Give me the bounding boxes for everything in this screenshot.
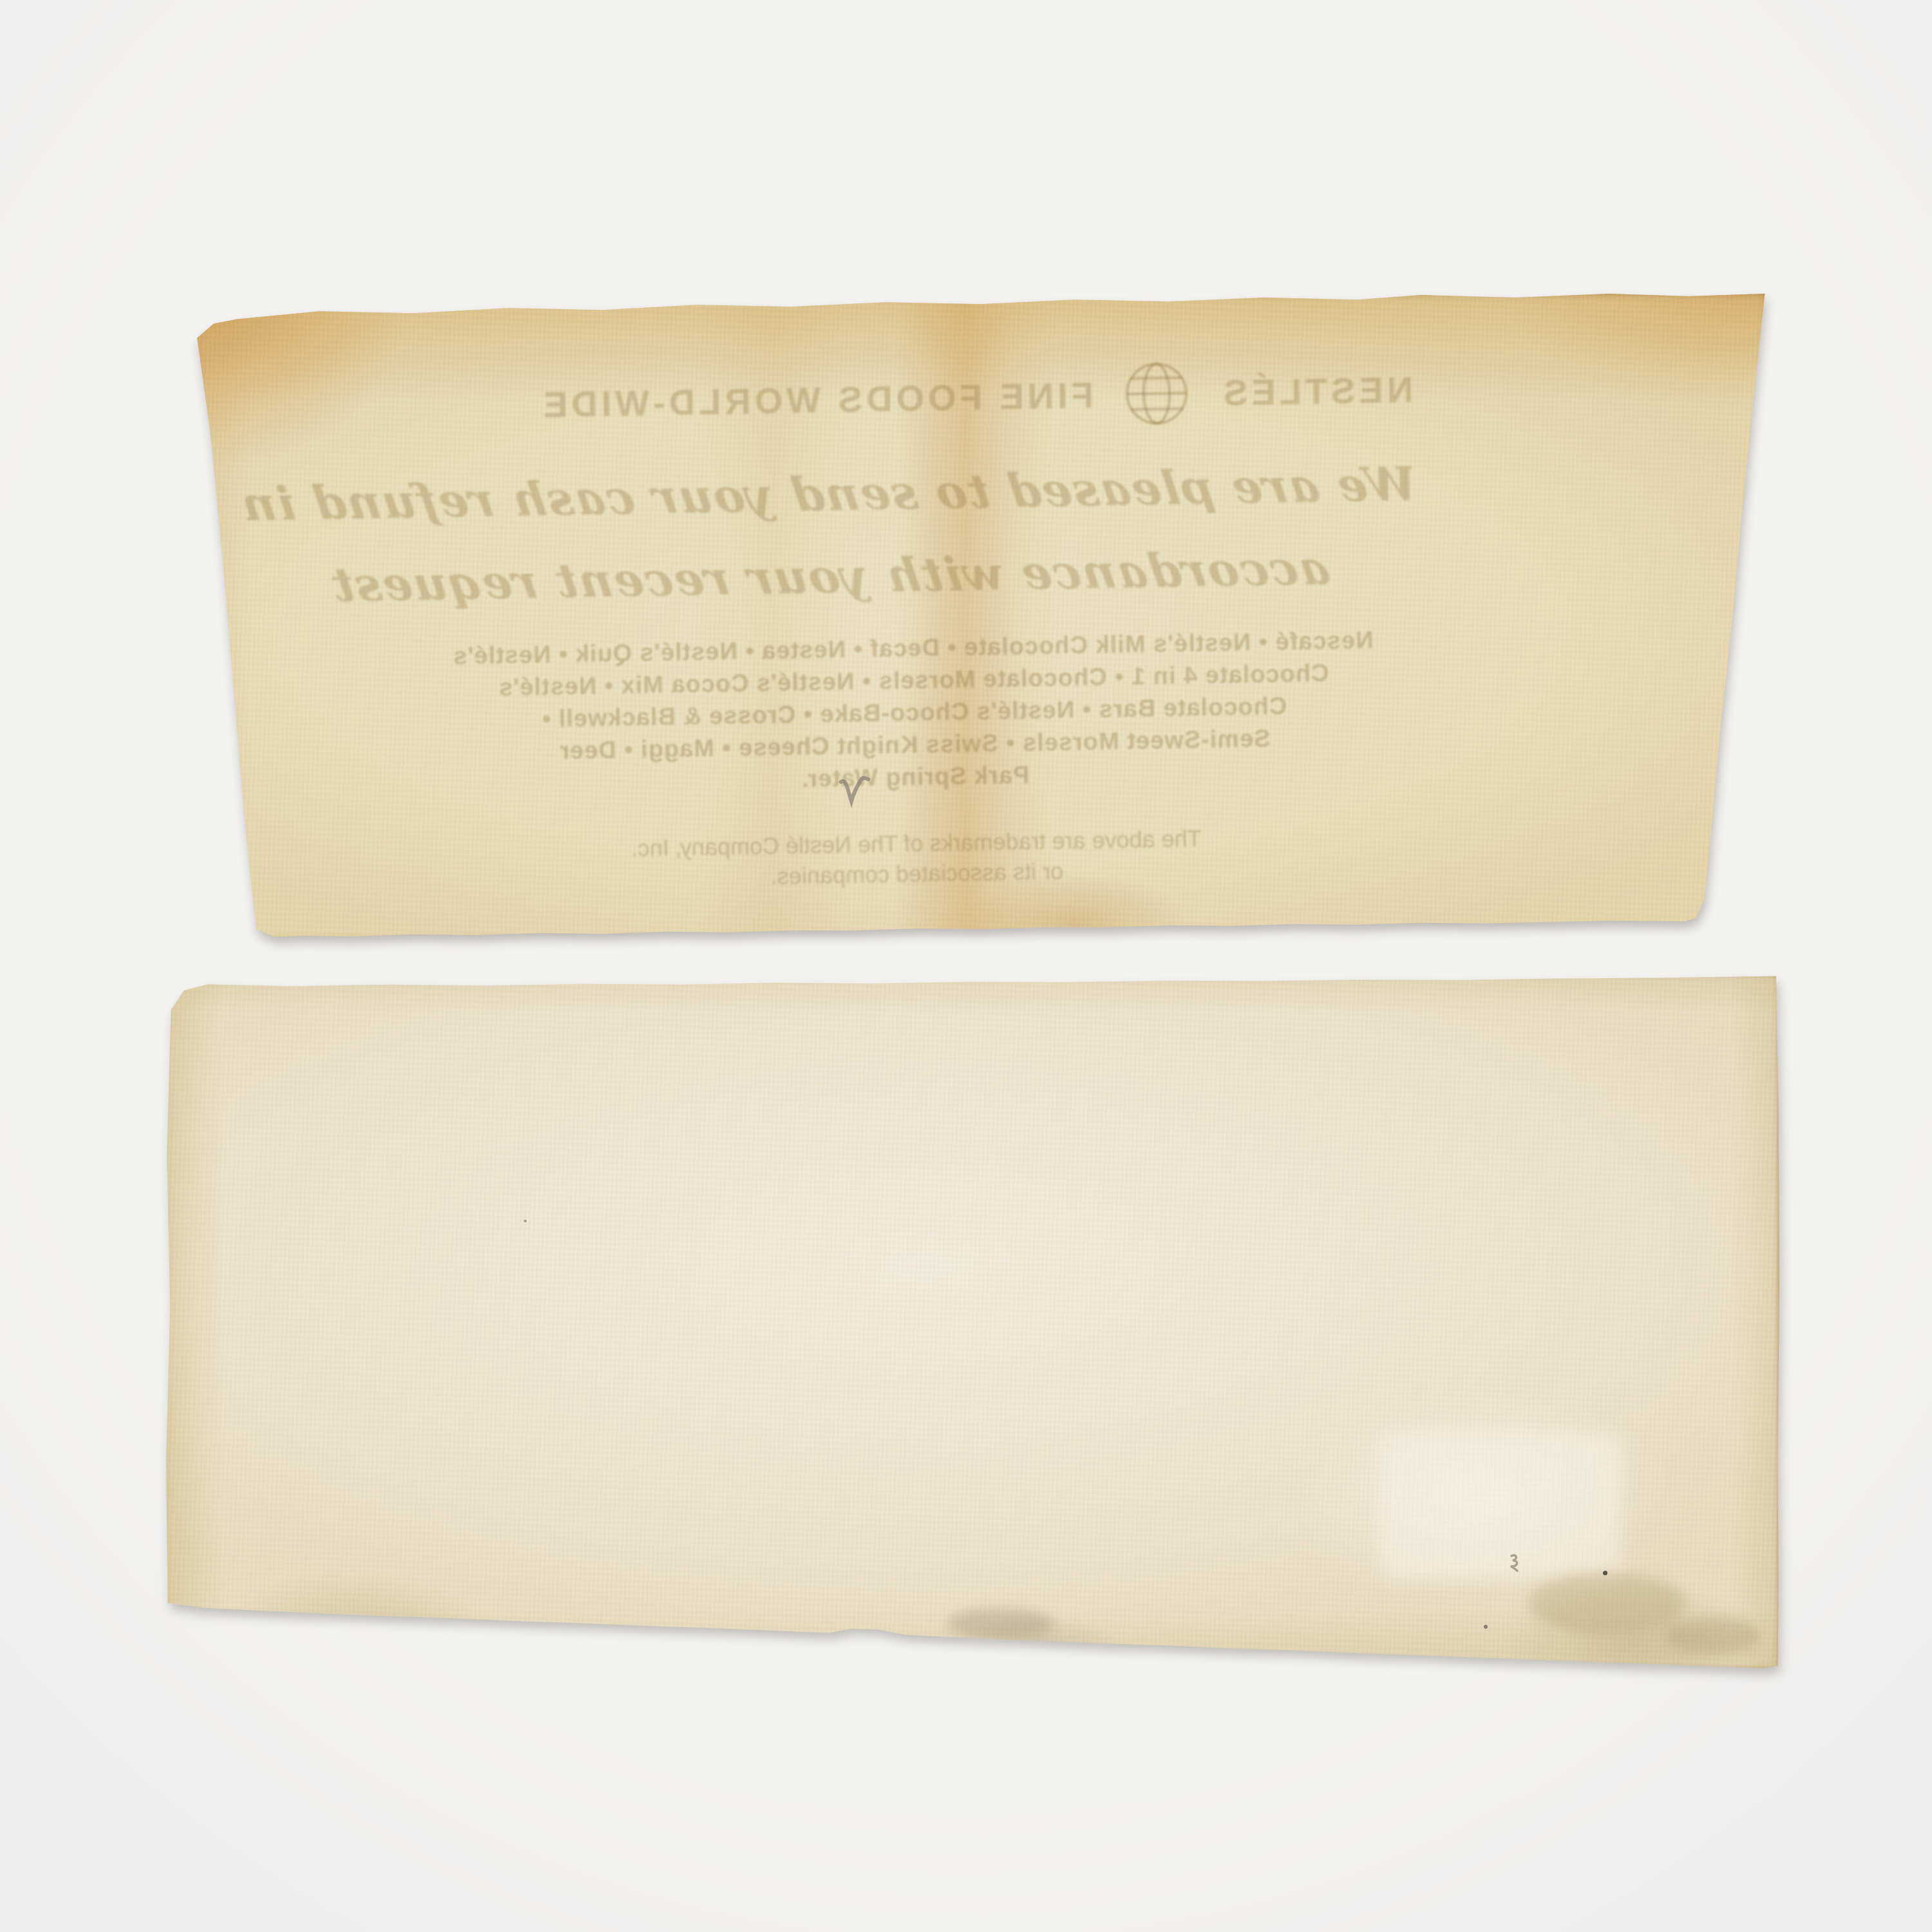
ghost-tagline: FINE FOODS WORLD-WIDE [539, 374, 1094, 425]
ink-speck [1603, 1571, 1607, 1575]
ghost-brand-name: NESTLÉS [1219, 368, 1413, 413]
ink-speck [524, 1220, 527, 1222]
ghost-title-line: NESTLÉS FINE FOODS WORLD-WIDE [189, 350, 1763, 444]
ghost-trademark-note: The above are trademarks of The Nestlé C… [129, 814, 1704, 902]
corner-smudge [1663, 1618, 1760, 1653]
ink-speck [1484, 1625, 1488, 1629]
blank-slip [163, 974, 1779, 1671]
blank-slip-paper [163, 974, 1779, 1671]
corner-smudge [1528, 1573, 1686, 1634]
globe-icon [1122, 359, 1191, 428]
ghost-script-line-1: We are pleased to send your cash refund … [38, 453, 1620, 535]
ink-squiggle [1508, 1553, 1524, 1573]
lighter-patch [1380, 1434, 1622, 1579]
photo-scene: NESTLÉS FINE FOODS WORLD-WIDE We are ple… [0, 0, 1932, 1932]
ghost-brand-list: Nescafé • Nestlé's Milk Chocolate • Deca… [126, 619, 1703, 808]
ghost-script-line-2: accordance with your recent request [39, 535, 1621, 617]
bleed-through-print: NESTLÉS FINE FOODS WORLD-WIDE We are ple… [193, 291, 1767, 942]
refund-slip-back: NESTLÉS FINE FOODS WORLD-WIDE We are ple… [193, 291, 1767, 942]
bottom-edge-smudge [947, 1608, 1054, 1639]
pencil-check-mark [837, 773, 873, 809]
refund-slip-paper: NESTLÉS FINE FOODS WORLD-WIDE We are ple… [193, 291, 1767, 942]
